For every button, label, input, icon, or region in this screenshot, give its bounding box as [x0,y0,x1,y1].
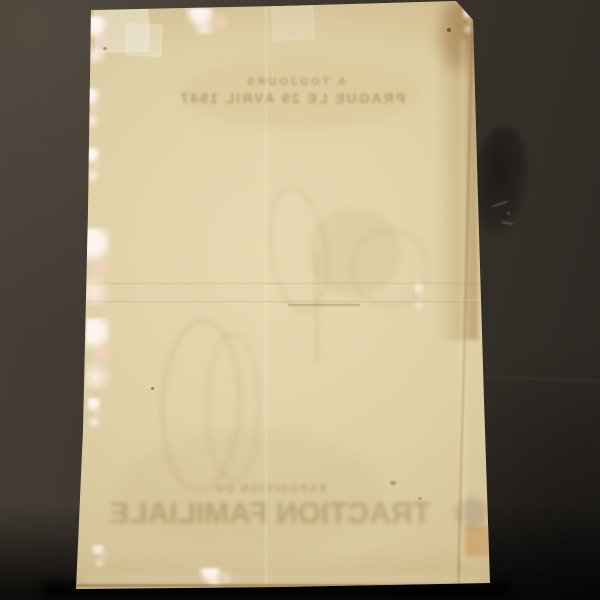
ghost-illustration-line [315,255,319,365]
ghost-text-bottom-small: EXPOSITION DU [105,483,435,495]
paper-speck [151,387,154,390]
paper-speck [103,47,107,50]
backdrop-speck [507,212,510,215]
paper-speck [390,481,396,485]
pinhole-speck [447,28,451,32]
photo-of-poster-back: A TOUJOURS PRAGUE LE 29 AVRIL 1947 EXPOS… [0,0,600,600]
ghost-text-top-small: A TOUJOURS [150,76,440,88]
paper-right-edge-shine [458,40,468,560]
tape-residue-square [271,3,315,41]
ghost-text-bottom-title: TRACTION FAMILIALE [105,497,435,531]
glue-sparkle [88,398,104,428]
glue-sparkle [86,318,110,390]
ghost-wheel-outline [205,332,261,482]
vertical-fold-crease [264,6,268,586]
tape-residue-square [125,23,163,57]
glue-sparkle [415,283,425,311]
glue-sparkle [92,545,112,567]
paper-speck [418,497,422,500]
glue-sparkle [84,228,110,306]
glue-sparkle [182,8,242,34]
crease-brown-dashes [288,304,360,306]
paper-bottom-edge-shine [85,572,480,582]
ghost-text-top-date: PRAGUE LE 29 AVRIL 1947 [142,90,442,106]
